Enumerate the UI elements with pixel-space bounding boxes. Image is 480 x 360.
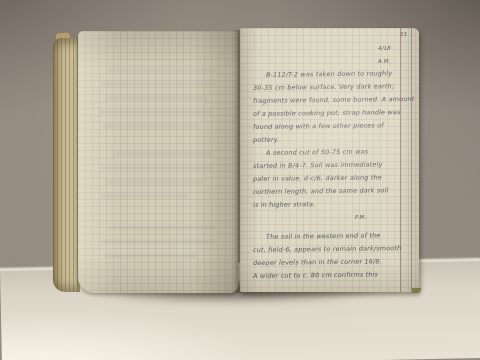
left-page: [78, 31, 238, 293]
page-edge-stack: [53, 38, 80, 292]
photo-scene: 33 4/18 A.M. B-112/T-2 was taken down to…: [0, 0, 480, 360]
cover-corner-tip: [412, 288, 421, 293]
right-page: 33 4/18 A.M. B-112/T-2 was taken down to…: [240, 28, 419, 292]
right-page-shading: [240, 28, 419, 292]
notebook: 33 4/18 A.M. B-112/T-2 was taken down to…: [0, 0, 480, 360]
left-page-shading: [78, 31, 238, 293]
